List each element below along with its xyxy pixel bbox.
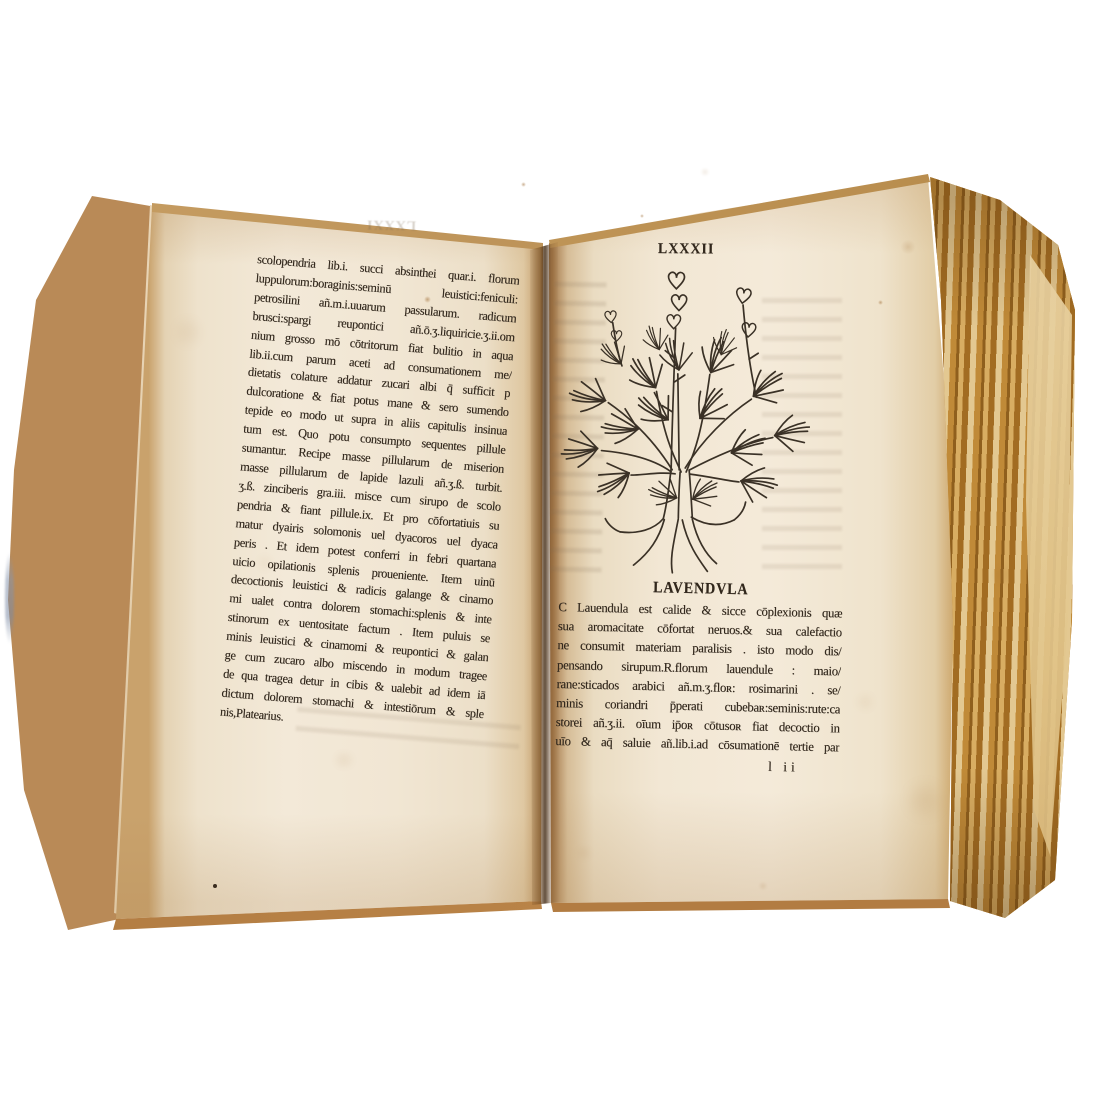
foxing-spot	[992, 560, 1012, 590]
stain	[900, 780, 950, 820]
foxing-spot	[521, 182, 526, 187]
foxing-spot	[878, 300, 883, 305]
stain	[254, 554, 276, 572]
ink-dot	[213, 884, 217, 888]
lavender-woodcut-illustration	[557, 260, 813, 584]
left-page-text: scolopendria lib.i. succi absinthei quar…	[219, 250, 520, 743]
folio-number: LXXXII	[658, 241, 715, 258]
stain	[330, 752, 358, 768]
foxing-spot	[700, 168, 710, 176]
book-photo: LXXXI scolopendria lib.i. succi absinthe…	[0, 0, 1100, 1100]
foxing-spot	[640, 214, 644, 218]
foxing-spot	[424, 296, 431, 303]
stain	[852, 692, 878, 712]
foxing-spot	[758, 882, 768, 890]
blue-mark	[5, 552, 14, 644]
stain	[574, 846, 594, 860]
stain	[172, 312, 204, 352]
right-page-text: LAVENDVLA C Lauendula est calide & sicce…	[555, 577, 843, 777]
foxing-spot	[900, 240, 916, 254]
show-through-folio: LXXXI	[366, 216, 416, 233]
